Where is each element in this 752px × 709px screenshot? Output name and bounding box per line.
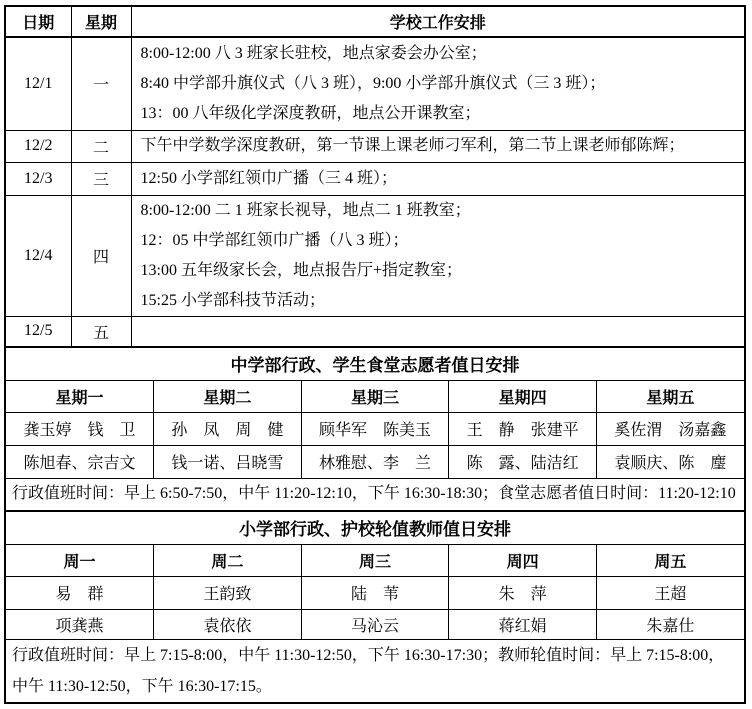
name-cell: 王 静 张建平 — [449, 412, 597, 445]
work-line: 13：00 八年级化学深度教研，地点公开课教室； — [141, 99, 739, 129]
duty-time-note-row: 行政值班时间：早上 7:15-8:00，中午 11:30-12:50，下午 16… — [6, 639, 744, 702]
work-line: 8:00-12:00 二 1 班家长视导，地点二 1 班教室； — [141, 196, 739, 226]
school-work-table: 日期 星期 学校工作安排 12/1 一 8:00-12:00 八 3 班家长驻校… — [6, 7, 744, 346]
name-cell: 陈 露、陆洁红 — [449, 445, 597, 478]
week-column-header: 星期 — [71, 7, 131, 37]
day-header-row: 周一 周二 周三 周四 周五 — [6, 544, 744, 576]
work-line: 12：05 中学部红领巾广播（八 3 班）； — [141, 226, 739, 256]
day-header-cell: 星期一 — [6, 380, 154, 412]
date-cell: 12/4 — [6, 195, 71, 316]
name-cell: 顾华军 陈美玉 — [301, 412, 449, 445]
date-cell: 12/1 — [6, 37, 71, 130]
middle-school-duty-time-note: 行政值班时间：早上 6:50-7:50，中午 11:20-12:10，下午 16… — [6, 478, 744, 510]
primary-school-duty-section: 小学部行政、护校轮值教师值日安排 周一 周二 周三 周四 周五 易 群 王韵致 … — [6, 510, 744, 702]
name-cell: 易 群 — [6, 576, 154, 609]
work-line: 8:40 中学部升旗仪式（八 3 班），9:00 小学部升旗仪式（三 3 班）； — [141, 69, 739, 99]
table-row: 12/1 一 8:00-12:00 八 3 班家长驻校，地点家委会办公室； 8:… — [6, 37, 744, 130]
name-cell: 陈旭春、宗吉文 — [6, 445, 154, 478]
name-cell: 蒋红娟 — [449, 609, 597, 639]
week-cell: 一 — [71, 37, 131, 130]
name-cell: 孙 凤 周 健 — [154, 412, 302, 445]
week-cell: 四 — [71, 195, 131, 316]
name-cell: 王超 — [596, 576, 744, 609]
table-row: 12/5 五 — [6, 316, 744, 346]
work-line: 下午中学数学深度教研，第一节课上课老师刁军利，第二节上课老师郁陈辉； — [141, 131, 739, 161]
primary-school-section-title: 小学部行政、护校轮值教师值日安排 — [6, 512, 744, 544]
work-cell — [131, 316, 744, 346]
day-header-row: 星期一 星期二 星期三 星期四 星期五 — [6, 380, 744, 412]
name-cell: 钱一诺、吕晓雪 — [154, 445, 302, 478]
teacher-names-row: 项龚燕 袁依依 马沁云 蒋红娟 朱嘉仕 — [6, 609, 744, 639]
work-column-header: 学校工作安排 — [131, 7, 744, 37]
section-title-row: 小学部行政、护校轮值教师值日安排 — [6, 512, 744, 544]
primary-school-duty-time-note: 行政值班时间：早上 7:15-8:00，中午 11:30-12:50，下午 16… — [6, 639, 744, 702]
middle-school-duty-section: 中学部行政、学生食堂志愿者值日安排 星期一 星期二 星期三 星期四 星期五 龚玉… — [6, 346, 744, 510]
name-cell: 项龚燕 — [6, 609, 154, 639]
name-cell: 朱 萍 — [449, 576, 597, 609]
work-cell: 8:00-12:00 八 3 班家长驻校，地点家委会办公室； 8:40 中学部升… — [131, 37, 744, 130]
name-cell: 陆 苇 — [301, 576, 449, 609]
name-cell: 奚佐渭 汤嘉鑫 — [596, 412, 744, 445]
section-title-row: 中学部行政、学生食堂志愿者值日安排 — [6, 348, 744, 380]
name-cell: 龚玉婷 钱 卫 — [6, 412, 154, 445]
date-cell: 12/3 — [6, 162, 71, 195]
work-line: 12:50 小学部红领巾广播（三 4 班）； — [141, 164, 739, 194]
day-header-cell: 星期三 — [301, 380, 449, 412]
week-cell: 五 — [71, 316, 131, 346]
day-header-cell: 星期五 — [596, 380, 744, 412]
admin-names-row: 易 群 王韵致 陆 苇 朱 萍 王超 — [6, 576, 744, 609]
work-line: 13:00 五年级家长会，地点报告厅+指定教室； — [141, 256, 739, 286]
table-row: 12/3 三 12:50 小学部红领巾广播（三 4 班）； — [6, 162, 744, 195]
admin-names-row: 龚玉婷 钱 卫 孙 凤 周 健 顾华军 陈美玉 王 静 张建平 奚佐渭 汤嘉鑫 — [6, 412, 744, 445]
primary-school-duty-table: 小学部行政、护校轮值教师值日安排 周一 周二 周三 周四 周五 易 群 王韵致 … — [6, 512, 744, 702]
duty-time-note-row: 行政值班时间：早上 6:50-7:50，中午 11:20-12:10，下午 16… — [6, 478, 744, 510]
date-cell: 12/5 — [6, 316, 71, 346]
duty-schedule-sheet: 日期 星期 学校工作安排 12/1 一 8:00-12:00 八 3 班家长驻校… — [4, 5, 746, 704]
day-header-cell: 周四 — [449, 544, 597, 576]
middle-school-duty-table: 中学部行政、学生食堂志愿者值日安排 星期一 星期二 星期三 星期四 星期五 龚玉… — [6, 348, 744, 510]
day-header-cell: 星期四 — [449, 380, 597, 412]
work-cell: 下午中学数学深度教研，第一节课上课老师刁军利，第二节上课老师郁陈辉； — [131, 130, 744, 162]
school-work-header-row: 日期 星期 学校工作安排 — [6, 7, 744, 37]
name-cell: 朱嘉仕 — [596, 609, 744, 639]
middle-school-section-title: 中学部行政、学生食堂志愿者值日安排 — [6, 348, 744, 380]
name-cell: 林雅慰、李 兰 — [301, 445, 449, 478]
day-header-cell: 周一 — [6, 544, 154, 576]
work-cell: 12:50 小学部红领巾广播（三 4 班）； — [131, 162, 744, 195]
day-header-cell: 周五 — [596, 544, 744, 576]
day-header-cell: 星期二 — [154, 380, 302, 412]
day-header-cell: 周三 — [301, 544, 449, 576]
volunteer-names-row: 陈旭春、宗吉文 钱一诺、吕晓雪 林雅慰、李 兰 陈 露、陆洁红 袁顺庆、陈 麈 — [6, 445, 744, 478]
name-cell: 袁顺庆、陈 麈 — [596, 445, 744, 478]
week-cell: 三 — [71, 162, 131, 195]
work-line: 15:25 小学部科技节活动； — [141, 286, 739, 316]
week-cell: 二 — [71, 130, 131, 162]
day-header-cell: 周二 — [154, 544, 302, 576]
name-cell: 马沁云 — [301, 609, 449, 639]
table-row: 12/4 四 8:00-12:00 二 1 班家长视导，地点二 1 班教室； 1… — [6, 195, 744, 316]
work-cell: 8:00-12:00 二 1 班家长视导，地点二 1 班教室； 12：05 中学… — [131, 195, 744, 316]
name-cell: 王韵致 — [154, 576, 302, 609]
date-column-header: 日期 — [6, 7, 71, 37]
name-cell: 袁依依 — [154, 609, 302, 639]
date-cell: 12/2 — [6, 130, 71, 162]
table-row: 12/2 二 下午中学数学深度教研，第一节课上课老师刁军利，第二节上课老师郁陈辉… — [6, 130, 744, 162]
work-line: 8:00-12:00 八 3 班家长驻校，地点家委会办公室； — [141, 39, 739, 69]
